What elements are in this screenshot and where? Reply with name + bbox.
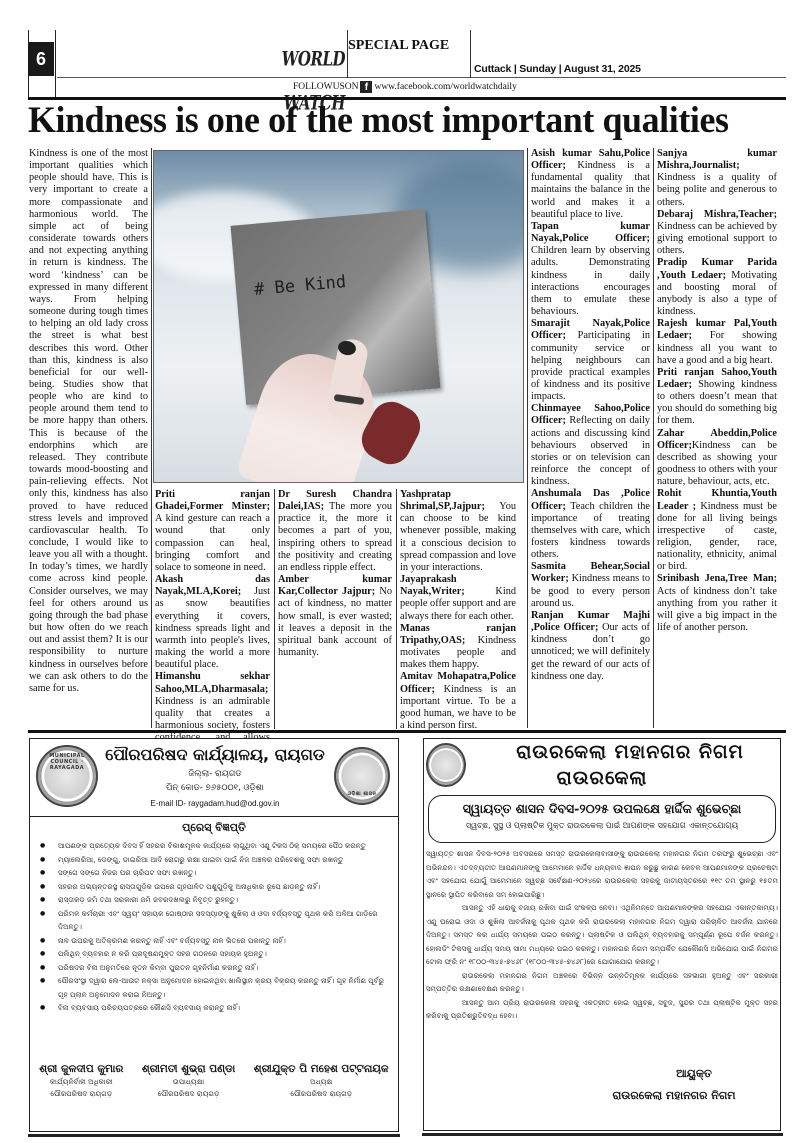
notice-item: ପରିମଳ କର୍ମଚାରୀ ଏବଂ ସ୍ୱୟଂ ସହାୟକ ଗୋଷ୍ଠୀର ସ…: [38, 907, 394, 934]
ad-paragraph: ରାଉରକେଲା ମହାନଗର ନିଗମ ଅଞ୍ଚଳରେ ବିଭିନ୍ନ ଉନ୍…: [426, 969, 778, 996]
notice-item: ରାସ୍ତାକଡ଼ ଜମି ତଥା ସରକାରୀ ଜମି ଜବରଦଖଲରୁ ନି…: [38, 893, 394, 907]
quote-author: Priti ranjan Ghadei,Former Minster;: [155, 489, 270, 512]
ad-subtitle: ରାଉରକେଲା: [424, 767, 780, 789]
quote-author: Tapan kumar Nayak,Police Officer;: [531, 221, 650, 244]
quote: Tapan kumar Nayak,Police Officer; Childr…: [531, 221, 650, 318]
quote-text: Just as snow beautifies everything it co…: [155, 586, 270, 670]
quote: Priti ranjan Ghadei,Former Minster; A ki…: [155, 489, 270, 574]
ad-title: ରାଉରକେଲା ମହାନଗର ନିଗମ: [480, 741, 780, 763]
quote-author: Yashpratap Shrimal,SP,Jajpur;: [400, 489, 485, 512]
ad-email[interactable]: E-mail ID- raygadam.hud@od.gov.in: [90, 799, 340, 808]
quote-text: Kindness is a quality of being polite an…: [657, 172, 777, 207]
seal-text: ଓଡ଼ିଶା ଶାସନ: [336, 791, 388, 797]
notice-item: ପଲିଥିନ୍ ବ୍ୟବହାର ନ କରି ପ୍ରଦୂଷଣମୁକ୍ତ ସହର ଗ…: [38, 947, 394, 961]
press-release-heading: ପ୍ରେସ୍ ବିଜ୍ଞପ୍ତି: [30, 821, 398, 835]
section-rule: [28, 730, 786, 733]
ad-header: MUNICIPAL COUNCIL · RAYAGADA ପୌରପରିଷଦ କା…: [30, 739, 398, 817]
quotes-column-4: Yashpratap Shrimal,SP,Jajpur; You can ch…: [400, 489, 516, 732]
quote: Yashpratap Shrimal,SP,Jajpur; You can ch…: [400, 489, 516, 574]
column-divider: [653, 148, 654, 728]
quote-author: Srinibash Jena,Tree Man;: [657, 573, 777, 584]
quote-text: A kind gesture can reach a wound that on…: [155, 513, 270, 573]
notice-item: ଆପଣଙ୍କ ପ୍ରତ୍ୟେକ ଦିବସ ହିଁ ସହରର ବିକାଶମୂଳକ …: [38, 839, 394, 853]
social-follow: FOLLOWUSON f www.facebook.com/worldwatch…: [293, 81, 517, 93]
banner-text: ସ୍ୱାୟତ୍ତ ଶାସନ ଦିବସ-୨୦୨୫ ଉପଲକ୍ଷେ ହାର୍ଦ୍ଦି…: [429, 801, 775, 817]
facebook-link[interactable]: www.facebook.com/worldwatchdaily: [374, 82, 516, 92]
signatories: ଶ୍ରୀ କୁଳଦୀପ କୁମାର କାର୍ଯ୍ୟନିର୍ବାହୀ ଅଧିକାର…: [30, 1063, 398, 1100]
signatory-office: ପୌରପରିଷଦ ରାୟଗଡ଼: [39, 1088, 123, 1100]
quotes-column-5: Asish kumar Sahu,Police Officer; Kindnes…: [531, 148, 650, 683]
quote: Asish kumar Sahu,Police Officer; Kindnes…: [531, 148, 650, 221]
ad-title: ପୌରପରିଷଦ କାର୍ଯ୍ୟାଳୟ, ରାୟଗଡ: [90, 745, 340, 765]
notice-item: ମ୍ୟାଲେରିଆ, ଡେଙ୍ଗୁ, ଡାଇରିଆ ଆଦି ରୋଗରୁ ରକ୍ଷ…: [38, 853, 394, 867]
signatory: ଶ୍ରୀଯୁକ୍ତ ପି ମହେଶ ପଟ୍ଟନାୟକ ଅଧ୍ୟକ୍ଷ ପୌରପର…: [254, 1063, 389, 1100]
signatory: ଶ୍ରୀମତୀ ଶୁଭ୍ରା ପଣ୍ଡା ଉପାଧ୍ୟକ୍ଷା ପୌରପରିଷଦ…: [142, 1063, 235, 1100]
quotes-column-2: Priti ranjan Ghadei,Former Minster; A ki…: [155, 489, 270, 756]
odisha-govt-emblem-icon: ଓଡ଼ିଶା ଶାସନ: [334, 747, 390, 805]
quote: Ranjan Kumar Majhi ,Police Officer; Our …: [531, 610, 650, 683]
quote-author: Sanjya kumar Mishra,Journalist;: [657, 148, 777, 171]
signatory-name: ଶ୍ରୀମତୀ ଶୁଭ୍ରା ପଣ୍ଡା: [142, 1063, 235, 1076]
quote-text: Acts of kindness don’t take anything fro…: [657, 586, 777, 633]
follow-label: FOLLOWUSON: [293, 82, 358, 92]
ad-rule: [28, 1134, 400, 1137]
ad-paragraph: ଆସନ୍ତୁ ଆମ ପ୍ରିୟ ରାଉରକେଲା ସହରକୁ ଏକତ୍ରୀତ ହ…: [426, 996, 778, 1023]
signatory: ଶ୍ରୀ କୁଳଦୀପ କୁମାର କାର୍ଯ୍ୟନିର୍ବାହୀ ଅଧିକାର…: [39, 1063, 123, 1100]
ad-paragraph: ସ୍ୱାୟତ୍ତ ଶାସନ ଦିବସ-୨୦୨୫ ଅବସରରେ ସମସ୍ତ ରାଉ…: [426, 847, 778, 901]
quote: Akash das Nayak,MLA,Korei; Just as snow …: [155, 574, 270, 671]
divider: [55, 30, 56, 98]
ad-body: ସ୍ୱାୟତ୍ତ ଶାସନ ଦିବସ-୨୦୨୫ ଅବସରରେ ସମସ୍ତ ରାଉ…: [426, 847, 778, 1023]
quote: Sasmita Behear,Social Worker; Kindness m…: [531, 561, 650, 610]
newspaper-logo[interactable]: WORLD WATCH: [253, 37, 345, 81]
quote: Anshumala Das ,Police Officer; Teach chi…: [531, 488, 650, 561]
article-headline: Kindness is one of the most important qu…: [28, 99, 765, 142]
article-intro: Kindness is one of the most important qu…: [29, 148, 148, 695]
sign-title: ଆୟୁକ୍ତ: [614, 1067, 774, 1081]
column-divider: [151, 148, 152, 728]
signatory-name: ଶ୍ରୀଯୁକ୍ତ ପି ମହେଶ ପଟ୍ଟନାୟକ: [254, 1063, 389, 1076]
ad-rule: [422, 1133, 783, 1136]
notice-item: ବିନା ବ୍ୟବସାୟ ପରିଚୟପତ୍ରରେ କୌଣସି ବ୍ୟବସାୟ କ…: [38, 1001, 394, 1015]
greeting-banner: ସ୍ୱାୟତ୍ତ ଶାସନ ଦିବସ-୨୦୨୫ ଉପଲକ୍ଷେ ହାର୍ଦ୍ଦି…: [428, 795, 776, 843]
quote-text: Kindness can be achieved by giving emoti…: [657, 221, 777, 256]
signatory-role: ଉପାଧ୍ୟକ୍ଷା: [142, 1076, 235, 1088]
notice-list: ଆପଣଙ୍କ ପ୍ରତ୍ୟେକ ଦିବସ ହିଁ ସହରର ବିକାଶମୂଳକ …: [38, 839, 394, 1015]
signatory-role: କାର୍ଯ୍ୟନିର୍ବାହୀ ଅଧିକାରୀ: [39, 1076, 123, 1088]
article-photo: # Be Kind: [153, 150, 524, 483]
signatory-office: ପୌରପରିଷଦ ରାୟଗଡ଼: [254, 1088, 389, 1100]
quote: Chinmayee Sahoo,Police Officer; Reflecti…: [531, 403, 650, 488]
rourkela-municipal-ad: ରାଉରକେଲା ମହାନଗର ନିଗମ ରାଉରକେଲା ସ୍ୱାୟତ୍ତ ଶ…: [423, 738, 781, 1131]
quote: Priti ranjan Sahoo,Youth Ledaer; Showing…: [657, 367, 777, 428]
masthead: 6 WORLD WATCH SPECIAL PAGE Cuttack | Sun…: [8, 30, 786, 98]
quote: Srinibash Jena,Tree Man; Acts of kindnes…: [657, 573, 777, 634]
dateline: Cuttack | Sunday | August 31, 2025: [474, 63, 641, 75]
quote-text: Children learn by observing adults. Demo…: [531, 245, 650, 317]
sign-organisation: ରାଉରକେଲା ମହାନଗର ନିଗମ: [574, 1089, 774, 1103]
quote: Dr Suresh Chandra Dalei,IAS; The more yo…: [278, 489, 392, 574]
ad-signature: ଆୟୁକ୍ତ ରାଉରକେଲା ମହାନଗର ନିଗମ: [574, 1067, 774, 1103]
divider: [57, 77, 786, 78]
quote: Manas ranjan Tripathy,OAS; Kindness moti…: [400, 623, 516, 672]
quote: Jayaprakash Nayak,Writer; Kind people of…: [400, 574, 516, 623]
divider: [470, 30, 471, 78]
ad-paragraph: ଆସନ୍ତୁ ଏହି ଧାରାକୁ ବଜାୟ ରଖିବା ପାଇଁ ସଂକଳ୍ପ…: [426, 901, 778, 969]
signatory-name: ଶ୍ରୀ କୁଳଦୀପ କୁମାର: [39, 1063, 123, 1076]
facebook-icon: f: [360, 81, 372, 93]
quotes-column-6: Sanjya kumar Mishra,Journalist; Kindness…: [657, 148, 777, 634]
quotes-column-3: Dr Suresh Chandra Dalei,IAS; The more yo…: [278, 489, 392, 659]
quote: Smarajit Nayak,Police Officer; Participa…: [531, 318, 650, 403]
quote: Pradip Kumar Parida ,Youth Ledaer; Motiv…: [657, 257, 777, 318]
section-label: SPECIAL PAGE: [348, 38, 449, 54]
quote: Rohit Khuntia,Youth Leader ; Kindness mu…: [657, 488, 777, 573]
ad-district: ଜିଲ୍ଲା- ରାୟଗଡ: [90, 769, 340, 779]
quote-author: Jayaprakash Nayak,Writer;: [400, 574, 465, 597]
column-divider: [274, 489, 275, 729]
signatory-office: ପୌରପରିଷଦ ରାୟଗଡ଼: [142, 1088, 235, 1100]
notice-item: ସହରର ଅଭ୍ୟନ୍ତରସ୍ଥ ରାସ୍ତାଗୁଡ଼ିକ ଉପରେ ଗୃହପା…: [38, 880, 394, 894]
notice-item: ପରିଷଦର ବିନା ଅନୁମତିରେ ନୂତନ କିମ୍ବା ପୁରାତନ …: [38, 961, 394, 975]
quote: Amitav Mohapatra,Police Officer; Kindnes…: [400, 671, 516, 732]
notice-item: ପୌରସଂସ୍ଥା ଦ୍ୱାରା ଲେ-ଆଉଟ ନକ୍ସା ଅନୁମୋଦନ ହୋ…: [38, 974, 394, 1001]
ad-pincode: ପିନ୍ କୋଡ- ୭୬୫୦୦୧, ଓଡ଼ିଶା: [90, 783, 340, 793]
rayagada-municipal-ad: MUNICIPAL COUNCIL · RAYAGADA ପୌରପରିଷଦ କା…: [29, 738, 399, 1132]
quote: Sanjya kumar Mishra,Journalist; Kindness…: [657, 148, 777, 209]
signatory-role: ଅଧ୍ୟକ୍ଷ: [254, 1076, 389, 1088]
quote: Amber kumar Kar,Collector Jajpur; No act…: [278, 574, 392, 659]
municipal-council-seal-icon: MUNICIPAL COUNCIL · RAYAGADA: [36, 745, 98, 807]
column-divider: [396, 489, 397, 729]
quote: Zahar Abeddin,Police Officer;Kindness ca…: [657, 428, 777, 489]
notice-item: ସଙ୍ଗେ ସଙ୍ଗେ ନିଜର ଘର ଚାରିପଟ ସଫା ରଖନ୍ତୁ।: [38, 866, 394, 880]
column-divider: [527, 148, 528, 728]
card-text: # Be Kind: [253, 272, 347, 300]
article-intro-column: Kindness is one of the most important qu…: [29, 148, 148, 695]
quote-author: Debaraj Mishra,Teacher;: [657, 209, 777, 220]
notice-item: ନାଳ ଉପରକୁ ଅତିକ୍ରମଣ କରନ୍ତୁ ନାହିଁ ଏବଂ ବର୍ଜ…: [38, 934, 394, 948]
seal-text: MUNICIPAL COUNCIL · RAYAGADA: [38, 753, 96, 771]
banner-tagline: ସ୍ୱଚ୍ଛ, ସୁସ୍ଥ ଓ ପ୍ଲାଷ୍ଟିକ ମୁକ୍ତ ରାଉରକେଲା…: [429, 821, 775, 831]
quote-author: Himanshu sekhar Sahoo,MLA,Dharmasala;: [155, 671, 270, 694]
page-number: 6: [28, 42, 54, 76]
quote: Rajesh kumar Pal,Youth Ledaer; For showi…: [657, 318, 777, 367]
quote: Debaraj Mishra,Teacher; Kindness can be …: [657, 209, 777, 258]
